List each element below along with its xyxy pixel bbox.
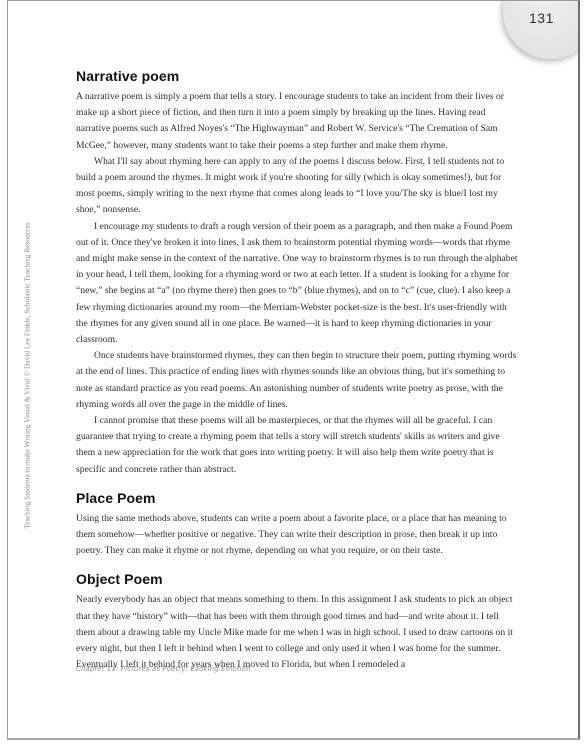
- section-place-poem: Place Poem Using the same methods above,…: [76, 489, 518, 560]
- section-heading: Object Poem: [76, 570, 518, 588]
- paragraph: I encourage my students to draft a rough…: [76, 219, 518, 349]
- paragraph: I cannot promise that these poems will a…: [76, 413, 518, 478]
- section-heading: Place Poem: [76, 489, 518, 507]
- section-heading: Narrative poem: [76, 67, 518, 85]
- paragraph: Using the same methods above, students c…: [76, 511, 518, 560]
- chapter-footer: Chapter 11: Pictures as Poetry: Evoking …: [76, 665, 251, 673]
- side-copyright-credit: Teaching Students to make Writing Visual…: [23, 176, 32, 576]
- document-page: 131 Teaching Students to make Writing Vi…: [7, 0, 580, 740]
- paragraph: What I'll say about rhyming here can app…: [76, 154, 518, 219]
- page-number: 131: [529, 10, 554, 26]
- section-object-poem: Object Poem Nearly everybody has an obje…: [76, 570, 518, 673]
- paragraph: Once students have brainstormed rhymes, …: [76, 348, 518, 413]
- paragraph: Nearly everybody has an object that mean…: [76, 592, 518, 673]
- page-content: Narrative poem A narrative poem is simpl…: [76, 61, 518, 674]
- paragraph: A narrative poem is simply a poem that t…: [76, 89, 518, 154]
- page-number-badge: 131: [503, 0, 580, 59]
- section-narrative-poem: Narrative poem A narrative poem is simpl…: [76, 67, 518, 478]
